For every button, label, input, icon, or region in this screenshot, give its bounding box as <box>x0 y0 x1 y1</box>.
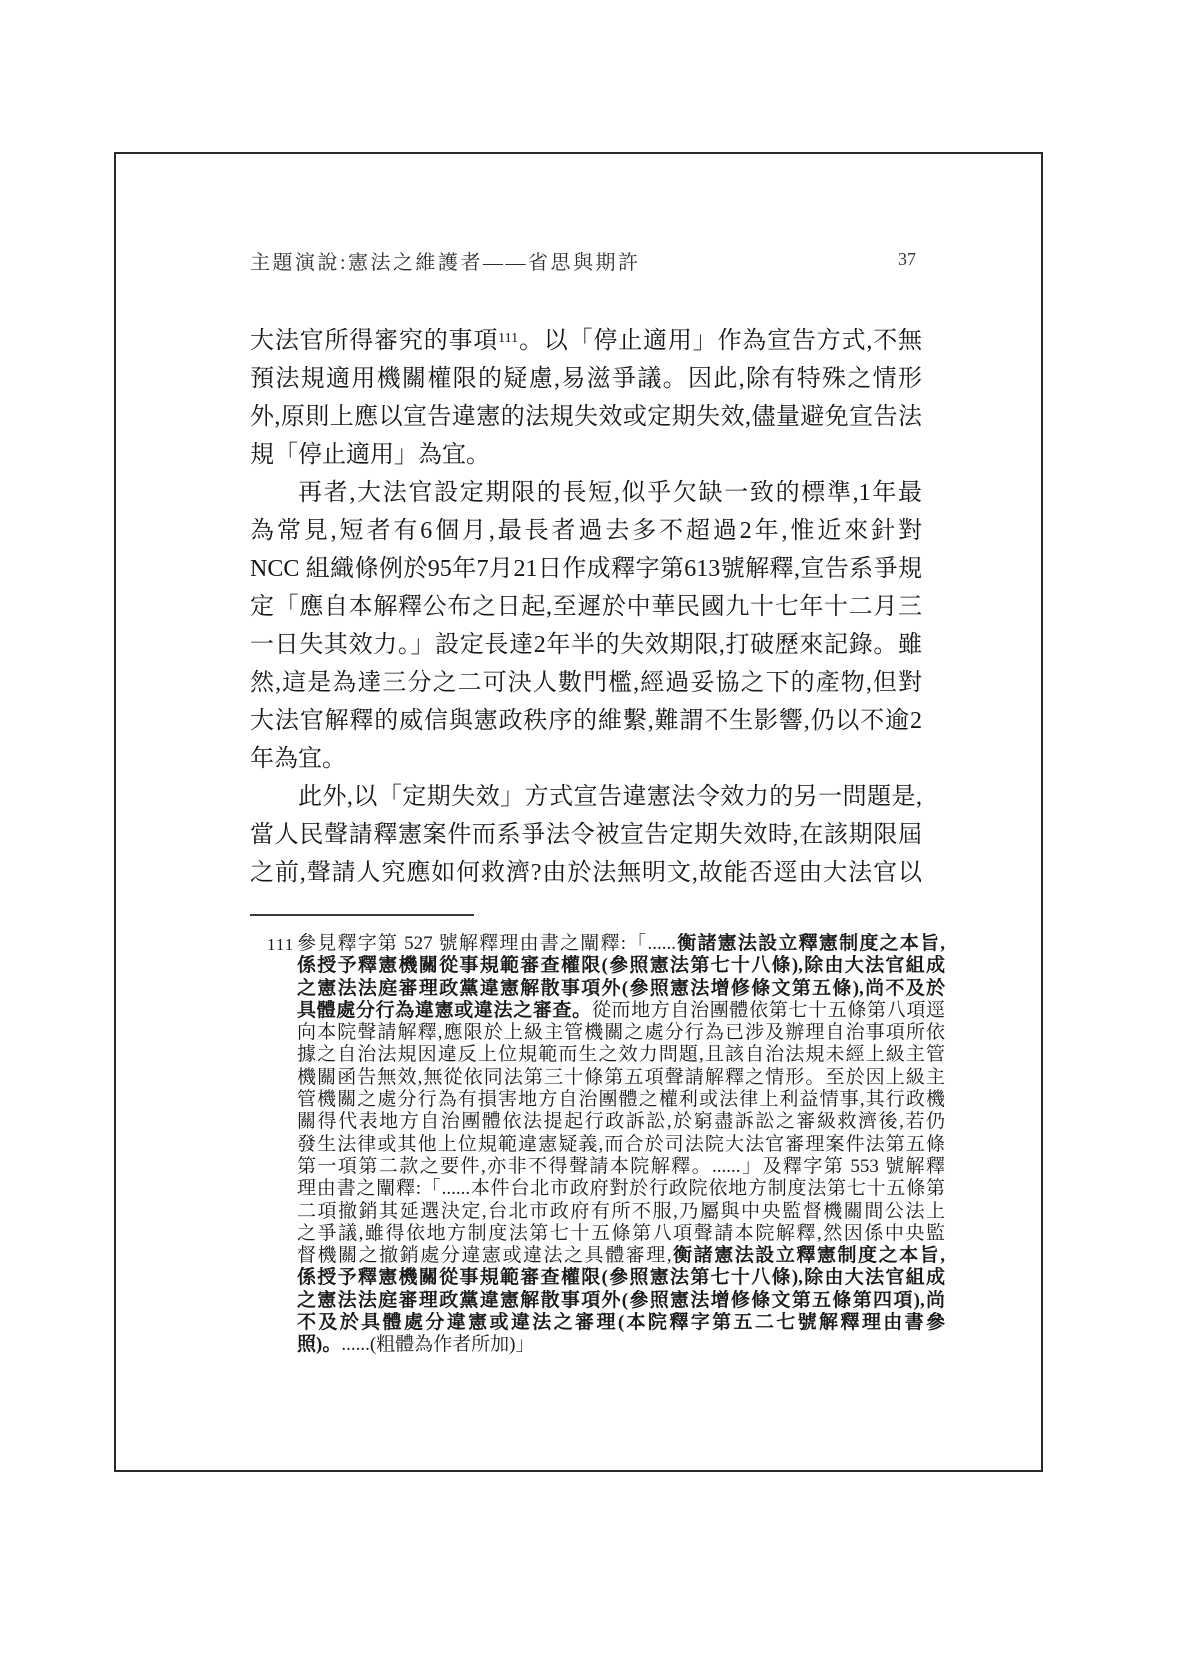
text-segment: 規「停止適用」為宜。 <box>250 442 490 468</box>
footnote-line: 據之自治法規因違反上位規範而生之效力問題,且該自治法規未經上級主管 <box>297 1044 945 1066</box>
text-segment: 預法規適用機關權限的疑慮,易滋爭議。因此,除有特殊之情形 <box>250 366 922 392</box>
body-text-line: 一日失其效力。」設定長達2年半的失效期限,打破歷來記錄。雖 <box>250 626 922 664</box>
body-text-line: 為常見,短者有6個月,最長者過去多不超過2年,惟近來針對 <box>250 512 922 550</box>
footnote-line: 第一項第二款之要件,亦非不得聲請本院解釋。......」及釋字第 553 號解釋 <box>297 1156 945 1178</box>
bold-text: 之憲法法庭審理政黨違憲解散事項外(參照憲法增修條文第五條第四項),尚 <box>297 1290 945 1311</box>
body-text: 大法官所得審究的事項111。以「停止適用」作為宣告方式,不無干預法規適用機關權限… <box>250 322 922 892</box>
footnote-line: 關得代表地方自治團體依法提起行政訴訟,於窮盡訴訟之審級救濟後,若仍 <box>297 1111 945 1133</box>
text-segment: ......(粗體為作者所加)」 <box>341 1334 534 1355</box>
text-segment: 二項撤銷其延選決定,台北市政府有所不服,乃屬與中央監督機關間公法上 <box>297 1201 945 1222</box>
footnote-block: 111 參見釋字第 527 號解釋理由書之闡釋:「......衡諸憲法設立釋憲制… <box>267 933 945 1357</box>
text-segment: 為常見,短者有6個月,最長者過去多不超過2年,惟近來針對 <box>250 518 922 544</box>
body-text-line: 之前,聲請人究應如何救濟?由於法無明文,故能否逕由大法官以 <box>250 854 922 892</box>
footnote-line: 係授予釋憲機關從事規範審查權限(參照憲法第七十八條),除由大法官組成 <box>297 1267 945 1289</box>
footnote-line: 發生法律或其他上位規範違憲疑義,而合於司法院大法官審理案件法第五條 <box>297 1134 945 1156</box>
text-segment: 定「應自本解釋公布之日起,至遲於中華民國九十七年十二月三十 <box>250 594 922 626</box>
text-segment: 然,這是為達三分之二可決人數門檻,經過妥協之下的產物,但對 <box>250 670 922 696</box>
text-segment: 發生法律或其他上位規範違憲疑義,而合於司法院大法官審理案件法第五條 <box>297 1134 945 1155</box>
footnote-line: 二項撤銷其延選決定,台北市政府有所不服,乃屬與中央監督機關間公法上 <box>297 1201 945 1223</box>
footnote-separator <box>250 914 474 916</box>
text-segment: 大法官解釋的威信與憲政秩序的維繫,難謂不生影響,仍以不逾2 <box>250 708 922 734</box>
text-segment: 管機關之處分行為有損害地方自治團體之權利或法律上利益情事,其行政機 <box>297 1089 945 1110</box>
bold-text: 具體處分行為違憲或違法之審查。 <box>297 1000 592 1021</box>
text-segment: 參見釋字第 527 號解釋理由書之闡釋:「...... <box>297 933 676 954</box>
text-segment: 督機關之撤銷處分違憲或違法之具體審理, <box>297 1245 672 1266</box>
footnote-line: 具體處分行為違憲或違法之審查。從而地方自治團體依第七十五條第八項逕 <box>297 1000 945 1022</box>
body-text-line: 此外,以「定期失效」方式宣告違憲法令效力的另一問題是, <box>250 778 922 816</box>
body-text-line: 再者,大法官設定期限的長短,似乎欠缺一致的標準,1年最 <box>250 474 922 512</box>
body-text-line: 外,原則上應以宣告違憲的法規失效或定期失效,儘量避免宣告法 <box>250 398 922 436</box>
footnote-number: 111 <box>267 934 294 956</box>
text-segment: 第一項第二款之要件,亦非不得聲請本院解釋。......」及釋字第 553 號解釋 <box>297 1156 945 1177</box>
bold-text: 係授予釋憲機關從事規範審查權限(參照憲法第七十八條),除由大法官組成 <box>297 1267 945 1288</box>
text-segment: 從而地方自治團體依第七十五條第八項逕 <box>592 1000 945 1021</box>
footnote-line: 理由書之闡釋:「......本件台北市政府對於行政院依地方制度法第七十五條第 <box>297 1178 945 1200</box>
body-text-line: 然,這是為達三分之二可決人數門檻,經過妥協之下的產物,但對 <box>250 664 922 702</box>
footnote-line: 管機關之處分行為有損害地方自治團體之權利或法律上利益情事,其行政機 <box>297 1089 945 1111</box>
text-segment: 外,原則上應以宣告違憲的法規失效或定期失效,儘量避免宣告法 <box>250 404 922 430</box>
text-segment: 理由書之闡釋:「......本件台北市政府對於行政院依地方制度法第七十五條第 <box>297 1178 945 1199</box>
body-text-line: 預法規適用機關權限的疑慮,易滋爭議。因此,除有特殊之情形 <box>250 360 922 398</box>
text-segment: 一日失其效力。」設定長達2年半的失效期限,打破歷來記錄。雖 <box>250 632 922 658</box>
text-segment: 向本院聲請解釋,應限於上級主管機關之處分行為已涉及辦理自治事項所依 <box>297 1022 945 1043</box>
footnote-line: 機關函告無效,無從依同法第三十條第五項聲請解釋之情形。至於因上級主 <box>297 1067 945 1089</box>
body-text-line: 大法官所得審究的事項111。以「停止適用」作為宣告方式,不無干 <box>250 322 922 360</box>
page-border: 主題演說:憲法之維護者——省思與期許 37 大法官所得審究的事項111。以「停止… <box>114 152 1043 1472</box>
footnote-line: 督機關之撤銷處分違憲或違法之具體審理,衡諸憲法設立釋憲制度之本旨, <box>297 1245 945 1267</box>
text-segment: 當人民聲請釋憲案件而系爭法令被宣告定期失效時,在該期限屆滿 <box>250 822 922 854</box>
running-header: 主題演說:憲法之維護者——省思與期許 <box>250 246 641 275</box>
footnote-line: 參見釋字第 527 號解釋理由書之闡釋:「......衡諸憲法設立釋憲制度之本旨… <box>297 933 945 955</box>
body-text-line: 定「應自本解釋公布之日起,至遲於中華民國九十七年十二月三十 <box>250 588 922 626</box>
footnote-line: 不及於具體處分違憲或違法之審理(本院釋字第五二七號解釋理由書參 <box>297 1312 945 1334</box>
text-segment: 據之自治法規因違反上位規範而生之效力問題,且該自治法規未經上級主管 <box>297 1044 945 1065</box>
body-text-line: 大法官解釋的威信與憲政秩序的維繫,難謂不生影響,仍以不逾2 <box>250 702 922 740</box>
bold-text: 照)。 <box>297 1334 341 1355</box>
body-text-line: 年為宜。 <box>250 740 922 778</box>
text-segment: 之爭議,雖得依地方制度法第七十五條第八項聲請本院解釋,然因係中央監 <box>297 1223 945 1244</box>
body-text-line: NCC 組織條例於95年7月21日作成釋字第613號解釋,宣告系爭規 <box>250 550 922 588</box>
text-segment: 機關函告無效,無從依同法第三十條第五項聲請解釋之情形。至於因上級主 <box>297 1067 945 1088</box>
footnote-line: 向本院聲請解釋,應限於上級主管機關之處分行為已涉及辦理自治事項所依 <box>297 1022 945 1044</box>
bold-text: 衡諸憲法設立釋憲制度之本旨, <box>676 933 945 954</box>
text-segment: 之前,聲請人究應如何救濟?由於法無明文,故能否逕由大法官以 <box>250 860 922 886</box>
footnote-line: 之憲法法庭審理政黨違憲解散事項外(參照憲法增修條文第五條),尚不及於 <box>297 978 945 1000</box>
bold-text: 係授予釋憲機關從事規範審查權限(參照憲法第七十八條),除由大法官組成 <box>297 955 945 976</box>
text-segment: 大法官所得審究的事項 <box>250 328 498 354</box>
footnote-line: 係授予釋憲機關從事規範審查權限(參照憲法第七十八條),除由大法官組成 <box>297 955 945 977</box>
body-text-line: 當人民聲請釋憲案件而系爭法令被宣告定期失效時,在該期限屆滿 <box>250 816 922 854</box>
text-segment: NCC 組織條例於95年7月21日作成釋字第613號解釋,宣告系爭規 <box>250 556 922 582</box>
footnote-line: 之憲法法庭審理政黨違憲解散事項外(參照憲法增修條文第五條第四項),尚 <box>297 1290 945 1312</box>
footnote-line: 之爭議,雖得依地方制度法第七十五條第八項聲請本院解釋,然因係中央監 <box>297 1223 945 1245</box>
text-segment: 此外,以「定期失效」方式宣告違憲法令效力的另一問題是, <box>298 784 922 810</box>
bold-text: 之憲法法庭審理政黨違憲解散事項外(參照憲法增修條文第五條),尚不及於 <box>297 978 945 999</box>
bold-text: 不及於具體處分違憲或違法之審理(本院釋字第五二七號解釋理由書參 <box>297 1312 945 1333</box>
body-text-line: 規「停止適用」為宜。 <box>250 436 922 474</box>
bold-text: 衡諸憲法設立釋憲制度之本旨, <box>672 1245 945 1266</box>
text-segment: 關得代表地方自治團體依法提起行政訴訟,於窮盡訴訟之審級救濟後,若仍 <box>297 1111 945 1132</box>
footnote-lines: 參見釋字第 527 號解釋理由書之闡釋:「......衡諸憲法設立釋憲制度之本旨… <box>297 933 945 1357</box>
text-segment: 再者,大法官設定期限的長短,似乎欠缺一致的標準,1年最 <box>298 480 922 506</box>
footnote-ref: 111 <box>498 331 518 346</box>
text-segment: 年為宜。 <box>250 746 346 772</box>
footnote-line: 照)。......(粗體為作者所加)」 <box>297 1334 945 1356</box>
page-number: 37 <box>898 249 916 270</box>
